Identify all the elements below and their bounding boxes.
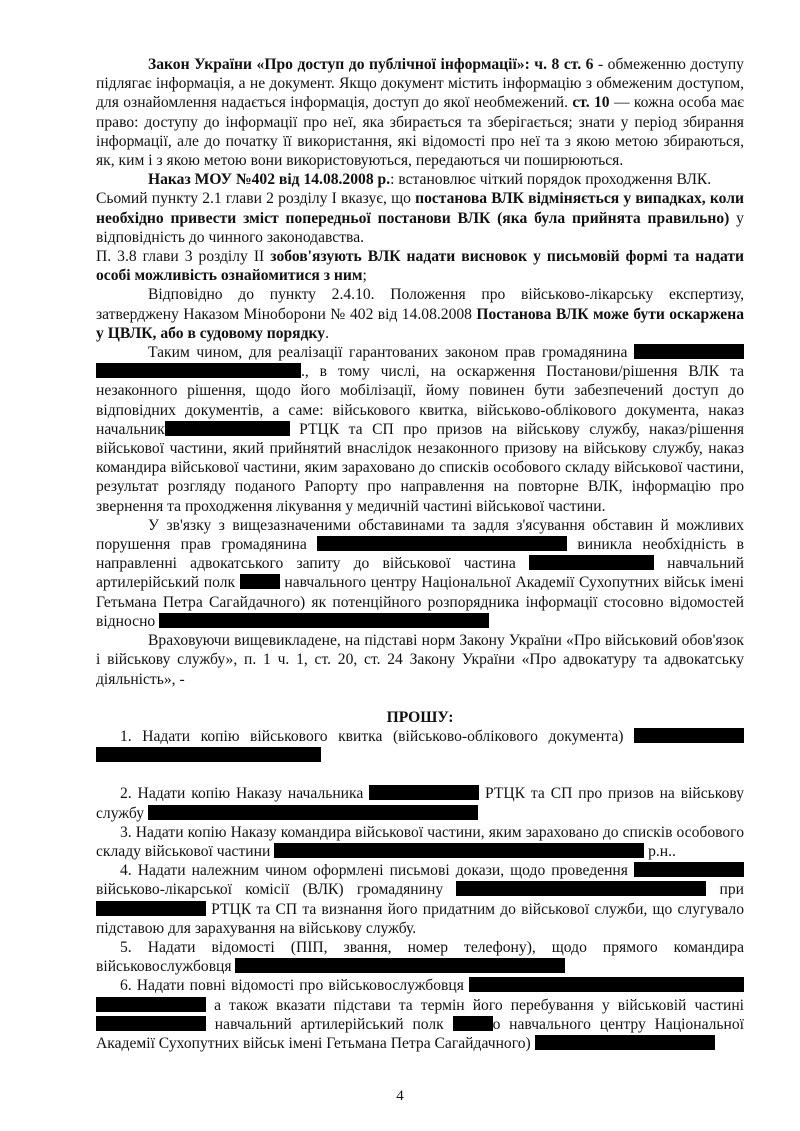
text: 4. Надати належним чином оформлені письм…: [120, 862, 634, 879]
request-heading: ПРОШУ:: [96, 708, 744, 727]
request-item-3: 3. Надати копію Наказу командира військо…: [96, 823, 744, 861]
text: Сьомий пункту 2.1 глави 2 розділу I вказ…: [96, 190, 415, 207]
paragraph-legal-basis: Враховуючи вищевикладене, на підставі но…: [96, 631, 744, 689]
paragraph-rights: Таким чином, для реалізації гарантованих…: [96, 343, 744, 516]
article-reference: ст. 10: [572, 94, 609, 111]
text: .: [325, 325, 329, 342]
text: навчальний артилерійський полк: [206, 1016, 453, 1033]
text: 6. Надати повні відомості про військовос…: [120, 977, 469, 994]
redaction: [469, 977, 744, 992]
document-page: Закон України «Про доступ до публічної і…: [96, 55, 744, 1053]
redaction: [274, 843, 644, 858]
request-item-2: 2. Надати копію Наказу начальника РТЦК т…: [96, 784, 744, 822]
redaction: [159, 613, 489, 628]
redaction: [96, 363, 301, 378]
text: Таким чином, для реалізації гарантованих…: [148, 344, 634, 361]
text: : встановлює чіткий порядок проходження …: [390, 171, 711, 188]
paragraph-circumstances: У зв'язку з вищезазначеними обставинами …: [96, 516, 744, 631]
redaction: [317, 536, 567, 551]
redaction: [235, 958, 565, 973]
redaction: [634, 728, 744, 743]
request-item-1: 1. Надати копію військового квитка (війс…: [96, 727, 744, 765]
law-reference: Закон України «Про доступ до публічної і…: [148, 56, 593, 73]
redaction: [96, 747, 321, 762]
text: Враховуючи вищевикладене, на підставі но…: [96, 632, 744, 687]
order-reference: Наказ МОУ №402 від 14.08.2008 р.: [148, 171, 390, 188]
redaction: [369, 785, 479, 800]
redaction: [529, 555, 654, 570]
paragraph-law-public-info: Закон України «Про доступ до публічної і…: [96, 55, 744, 170]
request-item-6: 6. Надати повні відомості про військовос…: [96, 976, 744, 1053]
spacer: [96, 765, 744, 784]
redaction: [96, 997, 206, 1012]
text: р.н..: [644, 843, 676, 860]
text: військово-лікарської комісії (ВЛК) грома…: [96, 881, 456, 898]
text: П. 3.8 глави 3 розділу II: [96, 248, 270, 265]
redaction: [456, 881, 706, 896]
redaction: [634, 344, 744, 359]
redaction: [148, 805, 478, 820]
redaction: [96, 1016, 206, 1031]
text: а також вказати підстави та термін його …: [206, 997, 744, 1014]
paragraph-vlk-cancel: Сьомий пункту 2.1 глави 2 розділу I вказ…: [96, 189, 744, 247]
page-number: 4: [0, 1088, 800, 1105]
redaction: [165, 421, 290, 436]
paragraph-order-402: Наказ МОУ №402 від 14.08.2008 р.: встано…: [96, 170, 744, 189]
request-item-5: 5. Надати відомості (ПІП, звання, номер …: [96, 938, 744, 976]
redaction: [535, 1035, 715, 1050]
redaction: [240, 574, 280, 589]
redaction: [634, 862, 744, 877]
request-item-4: 4. Надати належним чином оформлені письм…: [96, 861, 744, 938]
text: 1. Надати копію військового квитка (війс…: [120, 728, 634, 745]
redaction: [453, 1016, 493, 1031]
redaction: [96, 901, 206, 916]
text: ;: [362, 267, 366, 284]
text: 2. Надати копію Наказу начальника: [120, 785, 369, 802]
paragraph-vlk-conclusion: П. 3.8 глави 3 розділу II зобов'язують В…: [96, 247, 744, 285]
text: при: [706, 881, 744, 898]
paragraph-appeal: Відповідно до пункту 2.4.10. Положення п…: [96, 285, 744, 343]
